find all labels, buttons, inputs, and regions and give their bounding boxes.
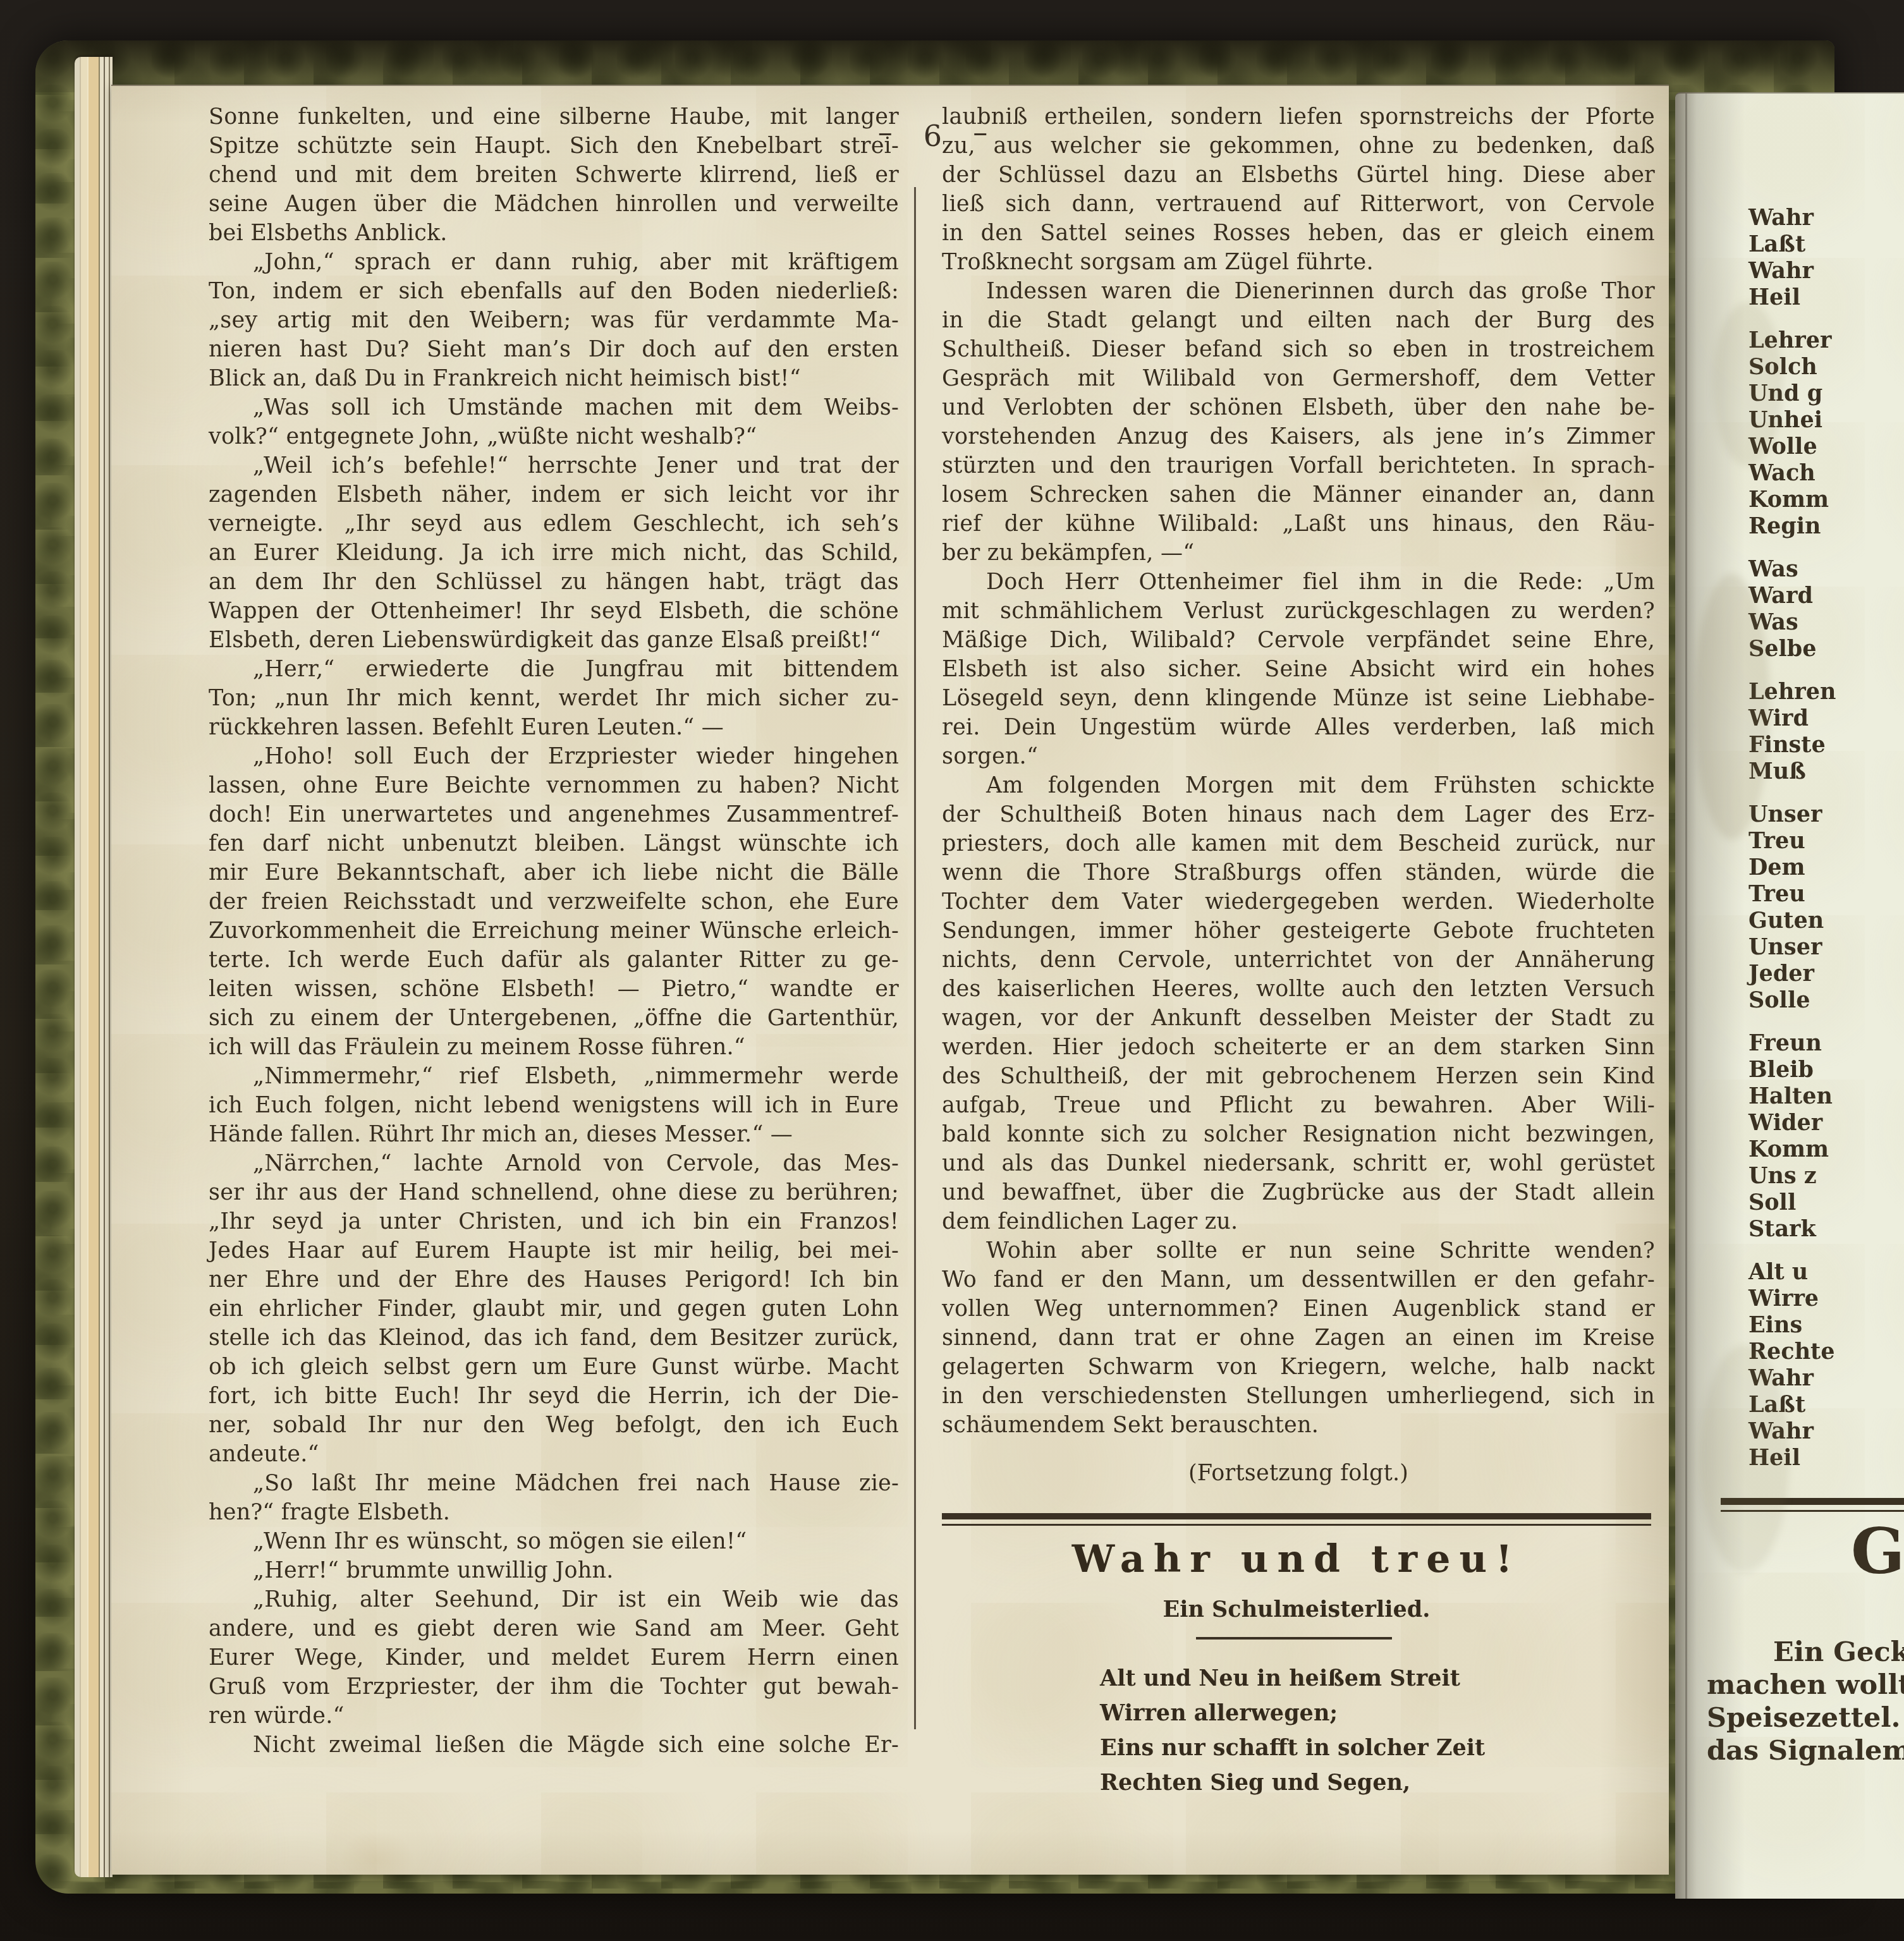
text-line: Alt und Neu in heißem Streit bbox=[1100, 1661, 1485, 1696]
text-line: Sendungen, immer höher gesteigerte Gebot… bbox=[942, 916, 1655, 946]
text-line: Wahr bbox=[1748, 205, 1904, 231]
text-line: Uns z bbox=[1748, 1163, 1904, 1190]
text-line: Komm bbox=[1748, 1136, 1904, 1163]
text-line: Was bbox=[1748, 556, 1904, 583]
text-line: Lösegeld seyn, denn klingende Münze ist … bbox=[942, 684, 1655, 713]
text-line: dem feindlichen Lager zu. bbox=[942, 1207, 1655, 1236]
text-line: rei. Dein Ungestüm würde Alles verderben… bbox=[942, 713, 1655, 742]
text-line: Doch Herr Ottenheimer fiel ihm in die Re… bbox=[942, 568, 1655, 597]
text-line: zu, aus welcher sie gekommen, ohne zu be… bbox=[942, 131, 1655, 161]
text-line: rückkehren lassen. Befehlt Euren Leuten.… bbox=[209, 713, 899, 742]
text-line: Am folgenden Morgen mit dem Frühsten sch… bbox=[942, 771, 1655, 800]
text-line: Halten bbox=[1748, 1083, 1904, 1110]
section-separator-rule bbox=[942, 1513, 1651, 1519]
text-line: Eins nur schafft in solcher Zeit bbox=[1100, 1731, 1485, 1765]
text-line: Guten bbox=[1748, 908, 1904, 934]
story-column-left: Sonne funkelten, und eine silberne Haube… bbox=[209, 102, 899, 1760]
text-line: Schultheiß. Dieser befand sich so eben i… bbox=[942, 335, 1655, 364]
text-line: „John,“ sprach er dann ruhig, aber mit k… bbox=[209, 248, 899, 277]
text-line: Spitze schützte sein Haupt. Sich den Kne… bbox=[209, 131, 899, 161]
text-line: Eurer Wege, Kinder, und meldet Eurem Her… bbox=[209, 1643, 899, 1672]
text-line: Muß bbox=[1748, 758, 1904, 785]
text-line: Und g bbox=[1748, 380, 1904, 407]
text-line: Soll bbox=[1748, 1190, 1904, 1216]
text-line: ner, sobald Ihr nur den Weg befolgt, den… bbox=[209, 1411, 899, 1440]
page-stack-edges bbox=[75, 57, 113, 1877]
text-line: Was bbox=[1748, 609, 1904, 636]
text-line: zagenden Elsbeth näher, indem er sich le… bbox=[209, 480, 899, 509]
text-line: Alt u bbox=[1748, 1259, 1904, 1286]
text-line: schäumendem Sekt berauschten. bbox=[942, 1411, 1655, 1440]
text-line: Komm bbox=[1748, 487, 1904, 513]
text-line: und Verlobten der schönen Elsbeth, über … bbox=[942, 393, 1655, 422]
text-line: Blick an, daß Du in Frankreich nicht hei… bbox=[209, 364, 899, 393]
text-line: Speisezettel. De bbox=[1707, 1701, 1904, 1734]
text-line: Wo fand er den Mann, um dessentwillen er… bbox=[942, 1265, 1655, 1294]
text-line: verneigte. „Ihr seyd aus edlem Geschlech… bbox=[209, 509, 899, 538]
text-line: Mäßige Dich, Wilibald? Cervole verpfände… bbox=[942, 626, 1655, 655]
next-page-teaser-text: Ein Geck,machen wollte ,Speisezettel. De… bbox=[1707, 1636, 1904, 1767]
page-number-value: 6 bbox=[924, 119, 943, 153]
text-line: Bleib bbox=[1748, 1057, 1904, 1083]
text-line: „Herr!“ brummte unwillig John. bbox=[209, 1556, 899, 1585]
text-line: der Schlüssel dazu an Elsbeths Gürtel hi… bbox=[942, 161, 1655, 190]
text-line: andeute.“ bbox=[209, 1440, 899, 1469]
text-line: vorstehenden Anzug des Kaisers, als jene… bbox=[942, 422, 1655, 451]
text-line: Hände fallen. Rührt Ihr mich an, dieses … bbox=[209, 1120, 899, 1149]
text-line: „Hoho! soll Euch der Erzpriester wieder … bbox=[209, 742, 899, 771]
text-line: lassen, ohne Eure Beichte vernommen zu h… bbox=[209, 771, 899, 800]
text-line: Ton, indem er sich ebenfalls auf den Bod… bbox=[209, 277, 899, 306]
text-line: „Weil ich’s befehle!“ herrschte Jener un… bbox=[209, 451, 899, 480]
text-line: doch! Ein unerwartetes und angenehmes Zu… bbox=[209, 800, 899, 829]
text-line: des Schultheiß, der mit gebrochenem Herz… bbox=[942, 1062, 1655, 1091]
text-line: ner Ehre und der Ehre des Hauses Perigor… bbox=[209, 1265, 899, 1294]
text-line: (Fortsetzung folgt.) bbox=[942, 1459, 1655, 1488]
text-line: leiten wissen, schöne Elsbeth! — Pietro,… bbox=[209, 975, 899, 1004]
text-line: Solle bbox=[1748, 987, 1904, 1014]
text-line: nichts, denn Cervole, unterrichtet von d… bbox=[942, 946, 1655, 975]
text-line: Jedes Haar auf Eurem Haupte ist mir heil… bbox=[209, 1236, 899, 1265]
text-line: sinnend, dann trat er ohne Zagen an eine… bbox=[942, 1323, 1655, 1353]
text-line: ein ehrlicher Finder, glaubt mir, und ge… bbox=[209, 1294, 899, 1323]
text-line: Wirren allerwegen; bbox=[1100, 1696, 1485, 1731]
text-line: mit schmählichem Verlust zurückgeschlage… bbox=[942, 597, 1655, 626]
text-line: terte. Ich werde Euch dafür als galanter… bbox=[209, 946, 899, 975]
text-line: bald konnte sich zu solcher Resignation … bbox=[942, 1120, 1655, 1149]
left-page: –6– Sonne funkelten, und eine silberne H… bbox=[111, 85, 1669, 1875]
text-line: Laßt bbox=[1748, 231, 1904, 258]
text-line: stürzten und den traurigen Vorfall beric… bbox=[942, 451, 1655, 480]
text-line: andere, und es giebt deren wie Sand am M… bbox=[209, 1614, 899, 1643]
text-line: Selbe bbox=[1748, 636, 1904, 662]
text-line: Dem bbox=[1748, 855, 1904, 881]
text-line: Ward bbox=[1748, 583, 1904, 609]
text-line: fort, ich bitte Euch! Ihr seyd die Herri… bbox=[209, 1382, 899, 1411]
text-line: ser ihr aus der Hand schnellend, ohne di… bbox=[209, 1178, 899, 1207]
text-line: Stark bbox=[1748, 1216, 1904, 1243]
text-line: Wolle bbox=[1748, 434, 1904, 460]
text-line: sorgen.“ bbox=[942, 742, 1655, 771]
text-line: Heil bbox=[1748, 1445, 1904, 1471]
text-line: Troßknecht sorgsam am Zügel führte. bbox=[942, 248, 1655, 277]
text-line: „Närrchen,“ lachte Arnold von Cervole, d… bbox=[209, 1149, 899, 1178]
text-line: Tochter dem Vater wiedergegeben werden. … bbox=[942, 887, 1655, 916]
text-line: Gespräch mit Wilibald von Germershoff, d… bbox=[942, 364, 1655, 393]
text-line: Treu bbox=[1748, 828, 1904, 855]
text-line: Ein Geck, bbox=[1707, 1636, 1904, 1669]
text-line: seine Augen über die Mädchen hinrollen u… bbox=[209, 190, 899, 219]
text-line: Eins bbox=[1748, 1312, 1904, 1339]
next-page-section-rule bbox=[1721, 1498, 1904, 1505]
text-line: an Eurer Kleidung. Ja ich irre mich nich… bbox=[209, 538, 899, 568]
text-line: fen darf nicht unbenutzt bleiben. Längst… bbox=[209, 829, 899, 858]
story-column-right: laubniß ertheilen, sondern liefen sporns… bbox=[942, 102, 1655, 1488]
text-line: Zuvorkommenheit die Erreichung meiner Wü… bbox=[209, 916, 899, 946]
text-line: Sonne funkelten, und eine silberne Haube… bbox=[209, 102, 899, 131]
text-line: Indessen waren die Dienerinnen durch das… bbox=[942, 277, 1655, 306]
text-line: sich zu einem der Untergebenen, „öffne d… bbox=[209, 1004, 899, 1033]
song-title: Wahr und treu! bbox=[942, 1537, 1651, 1581]
text-line: wagen, vor der Ankunft desselben Meister… bbox=[942, 1004, 1655, 1033]
text-line: wenn die Thore Straßburgs offen ständen,… bbox=[942, 858, 1655, 887]
text-line: rief der kühne Wilibald: „Laßt uns hinau… bbox=[942, 509, 1655, 538]
text-line: vollen Weg unternommen? Einen Augenblick… bbox=[942, 1294, 1655, 1323]
text-line: ich will das Fräulein zu meinem Rosse fü… bbox=[209, 1033, 899, 1062]
text-line: losem Schrecken sahen die Männer einande… bbox=[942, 480, 1655, 509]
next-page-poem-fragments: WahrLaßtWahrHeilLehrerSolchUnd gUnheiWol… bbox=[1748, 205, 1904, 1471]
text-line: mir Eure Bekanntschaft, aber ich liebe n… bbox=[209, 858, 899, 887]
book-scan: –6– Sonne funkelten, und eine silberne H… bbox=[0, 0, 1904, 1941]
text-line: Heil bbox=[1748, 284, 1904, 311]
text-line: „Ruhig, alter Seehund, Dir ist ein Weib … bbox=[209, 1585, 899, 1614]
text-line: ren würde.“ bbox=[209, 1701, 899, 1731]
right-page: WahrLaßtWahrHeilLehrerSolchUnd gUnheiWol… bbox=[1675, 92, 1904, 1899]
text-line: volk?“ entgegnete John, „wüßte nicht wes… bbox=[209, 422, 899, 451]
text-line: Unser bbox=[1748, 801, 1904, 828]
text-line: Freun bbox=[1748, 1030, 1904, 1057]
text-line: machen wollte , bbox=[1707, 1669, 1904, 1701]
text-line: laubniß ertheilen, sondern liefen sporns… bbox=[942, 102, 1655, 131]
text-line: der Schultheiß Boten hinaus nach dem Lag… bbox=[942, 800, 1655, 829]
text-line: Ton; „nun Ihr mich kennt, werdet Ihr mic… bbox=[209, 684, 899, 713]
text-line: Nicht zweimal ließen die Mägde sich eine… bbox=[209, 1731, 899, 1760]
text-line: „Was soll ich Umstände machen mit dem We… bbox=[209, 393, 899, 422]
song-subtitle: Ein Schulmeisterlied. bbox=[942, 1597, 1651, 1622]
text-line: Solch bbox=[1748, 354, 1904, 380]
next-page-section-initial: G bbox=[1851, 1519, 1904, 1583]
text-line: ließ sich dann, vertrauend auf Ritterwor… bbox=[942, 190, 1655, 219]
text-line: Wahr bbox=[1748, 1365, 1904, 1392]
text-line: gelagerten Schwarm von Kriegern, welche,… bbox=[942, 1353, 1655, 1382]
text-line: ob ich gleich selbst gern um Eure Gunst … bbox=[209, 1353, 899, 1382]
text-line: Wappen der Ottenheimer! Ihr seyd Elsbeth… bbox=[209, 597, 899, 626]
text-line: Jeder bbox=[1748, 961, 1904, 987]
text-line: Treu bbox=[1748, 881, 1904, 908]
text-line: Wach bbox=[1748, 460, 1904, 487]
text-line: Gruß vom Erzpriester, der ihm die Tochte… bbox=[209, 1672, 899, 1701]
text-line: in den verschiedensten Stellungen umherl… bbox=[942, 1382, 1655, 1411]
text-line: Unhei bbox=[1748, 407, 1904, 434]
song-subtitle-rule bbox=[1196, 1637, 1392, 1640]
text-line: Unser bbox=[1748, 934, 1904, 961]
text-line: in die Stadt gelangt und eilten nach der… bbox=[942, 306, 1655, 335]
song-stanza: Alt und Neu in heißem StreitWirren aller… bbox=[1100, 1661, 1485, 1800]
text-line: Wirre bbox=[1748, 1286, 1904, 1312]
text-line: Regin bbox=[1748, 513, 1904, 540]
text-line: „sey artig mit den Weibern; was für verd… bbox=[209, 306, 899, 335]
text-line: Elsbeth ist also sicher. Seine Absicht w… bbox=[942, 655, 1655, 684]
text-line: das Signalemen bbox=[1707, 1734, 1904, 1767]
text-line: ich Euch folgen, nicht lebend wenigstens… bbox=[209, 1091, 899, 1120]
text-line: Wohin aber sollte er nun seine Schritte … bbox=[942, 1236, 1655, 1265]
text-line: ber zu bekämpfen, —“ bbox=[942, 538, 1655, 568]
text-line: werden. Hier jedoch scheiterte er an dem… bbox=[942, 1033, 1655, 1062]
text-line: chend und mit dem breiten Schwerte klirr… bbox=[209, 161, 899, 190]
text-line: und als das Dunkel niedersank, schritt e… bbox=[942, 1149, 1655, 1178]
text-line: Rechte bbox=[1748, 1339, 1904, 1365]
text-line: „Nimmermehr,“ rief Elsbeth, „nimmermehr … bbox=[209, 1062, 899, 1091]
text-line: „So laßt Ihr meine Mädchen frei nach Hau… bbox=[209, 1469, 899, 1498]
text-line: des kaiserlichen Heeres, wollte auch den… bbox=[942, 975, 1655, 1004]
column-divider-rule bbox=[914, 187, 916, 1729]
text-line: Wird bbox=[1748, 705, 1904, 732]
text-line: stelle ich das Kleinod, das ich fand, de… bbox=[209, 1323, 899, 1353]
text-line: aufgab, Treue und Pflicht zu bewahren. A… bbox=[942, 1091, 1655, 1120]
text-line: Laßt bbox=[1748, 1392, 1904, 1418]
text-line: priesters, doch alle kamen mit dem Besch… bbox=[942, 829, 1655, 858]
text-line: Rechten Sieg und Segen, bbox=[1100, 1765, 1485, 1800]
text-line: Wahr bbox=[1748, 1418, 1904, 1445]
text-line: Elsbeth, deren Liebenswürdigkeit das gan… bbox=[209, 626, 899, 655]
text-line: „Herr,“ erwiederte die Jungfrau mit bitt… bbox=[209, 655, 899, 684]
text-line: „Ihr seyd ja unter Christen, und ich bin… bbox=[209, 1207, 899, 1236]
text-line: „Wenn Ihr es wünscht, so mögen sie eilen… bbox=[209, 1527, 899, 1556]
text-line: Finste bbox=[1748, 732, 1904, 758]
text-line: hen?“ fragte Elsbeth. bbox=[209, 1498, 899, 1527]
text-line: in den Sattel seines Rosses heben, das e… bbox=[942, 219, 1655, 248]
text-line: Lehrer bbox=[1748, 327, 1904, 354]
text-line: Wahr bbox=[1748, 258, 1904, 284]
text-line: und bewaffnet, über die Zugbrücke aus de… bbox=[942, 1178, 1655, 1207]
text-line: nieren hast Du? Sieht man’s Dir doch auf… bbox=[209, 335, 899, 364]
text-line: Wider bbox=[1748, 1110, 1904, 1136]
text-line: an dem Ihr den Schlüssel zu hängen habt,… bbox=[209, 568, 899, 597]
text-line: der freien Reichsstadt und verzweifelte … bbox=[209, 887, 899, 916]
text-line: bei Elsbeths Anblick. bbox=[209, 219, 899, 248]
text-line: Lehren bbox=[1748, 679, 1904, 705]
